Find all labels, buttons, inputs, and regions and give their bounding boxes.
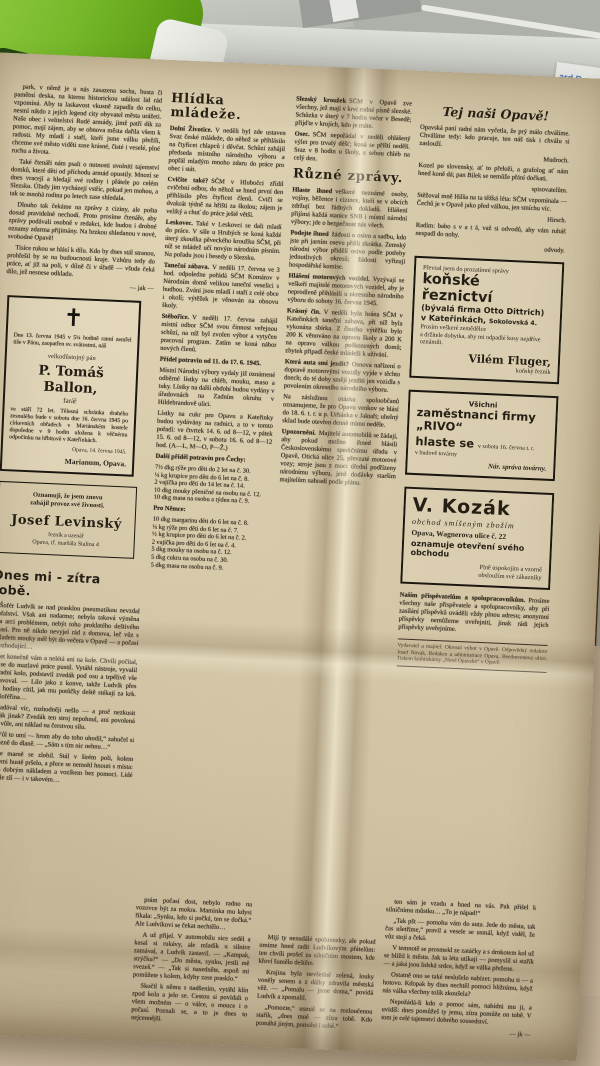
kozak-promise-line: obsloužím své zákazníky <box>478 571 542 581</box>
humor-item: Opavská paní radní nám vyčetla, že prý m… <box>419 124 570 155</box>
ration-list-heading-text: Další příděl potravin pro Čechy: <box>155 453 245 464</box>
youth-item: Slezský kroužekSČM v Opavě zve všechny, … <box>295 95 412 132</box>
article-paragraph: park, v němž je u nás zasazena socha, bu… <box>12 83 163 161</box>
column-gap <box>386 670 546 905</box>
item-lead: Osec. <box>295 130 310 138</box>
youth-item: Leskovec.Také v Leskovci se dali mladí d… <box>164 219 282 264</box>
item-lead: Krásný čin. <box>287 307 321 315</box>
obituary-date: Opava, 14. června 1945. <box>9 444 127 455</box>
obituary-notice: ✝ Dne 13. června 1945 v 5¼ hodině ranní … <box>0 295 141 477</box>
humor-column-title: Tej naši Opavě! <box>421 103 572 125</box>
ad-rivo-notice: Všichni zaměstnanci firmy „RIVO“ hlaste … <box>405 390 559 481</box>
story-paragraph: „Tak pšt — pomohu vám do auta. Jede do m… <box>385 917 536 948</box>
story-paragraph: Nepožádá-li kdo o pomoc sám, nabídni mu … <box>381 998 532 1029</box>
youth-item: Dolní Životice.V neděli byl zde ustaven … <box>168 125 286 178</box>
cross-icon: ✝ <box>14 304 133 333</box>
rivo-call: hlaste se <box>415 434 474 451</box>
column-right: Tej naši Opavě! Opavská paní radní nám v… <box>380 101 571 1043</box>
article-paragraph: Také čtenáři nám psali o nutnosti uvolni… <box>10 158 160 204</box>
newspaper-page: park, v němž je u nás zasazena socha, bu… <box>0 52 600 1061</box>
photo-scene: ard B park, v němž je u nás zasazena soc… <box>0 0 600 1066</box>
ration-list-heading-text: Pro Němce: <box>153 505 186 513</box>
youth-item: Osec.SČM nepořádal v neděli ohlášený výl… <box>293 130 410 167</box>
story-paragraph: Ostatně ono se také neslušelo nabízet: p… <box>382 971 533 1002</box>
column-gap <box>136 569 266 902</box>
youth-item: Cvičíte také?SČM v Hlubočci zřídil cviče… <box>166 176 284 221</box>
article-paragraph: Dlouho tak čekáme na zprávy z ciziny, al… <box>8 201 158 247</box>
story-paragraph: Jet konečně vám a nelétá ani na kole. Ch… <box>0 653 138 707</box>
item-body: V neděli byl zde ustaven Svaz české mlád… <box>168 127 286 173</box>
rivo-signature: Nár. správa továrny. <box>414 459 546 473</box>
news-note: Na záslužnou otázku spoluobčanů oznamuje… <box>282 393 399 430</box>
newspaper-columns: park, v němž je u nás zasazena socha, bu… <box>0 52 600 1045</box>
rivo-date: v sobotu 16. června t. r. <box>478 444 535 452</box>
item-body: SČM v Hlubočci zřídil cvičební odbor, do… <box>166 178 284 219</box>
contributors-body: Prosíme všechny naše přispěvatele a spol… <box>398 597 550 633</box>
youth-item: Stěbořice.V neděli 17. června zahájil mí… <box>160 313 278 358</box>
news-item: Krásný čin.V neděli byla hrána SČM v Kat… <box>285 307 403 360</box>
article-paragraph: Tisíce rukou se hlásí k dílu. Kdo by dne… <box>6 244 155 282</box>
story-paragraph: prám počasí dost, nebylo radno na vozovc… <box>135 896 252 933</box>
ration-heading-text: Přídel potravin od 11. do 17. 6. 1945. <box>160 356 262 367</box>
item-body: SČM nepořádal v neděli ohlášený výlet pr… <box>294 131 411 162</box>
news-item: Podejte ihnedžádosti o osivo a sadbu, kd… <box>289 229 407 274</box>
obituary-signature: Marianum, Opava. <box>8 454 126 468</box>
business-announcement: Oznamuji, že jsem znovu zahájil provoz s… <box>0 481 137 559</box>
kozak-announce: oznamuje otevření svého obchodu <box>410 539 543 563</box>
gray-object <box>298 0 422 28</box>
item-lead: Stěbořice. <box>161 313 189 321</box>
item-lead: Upozornění. <box>282 428 316 436</box>
column-gap <box>260 487 395 939</box>
news-item: Hlaste ihnedveškeré neznámé osoby, vojín… <box>291 186 409 231</box>
section-title-news: Různé zprávy. <box>293 167 410 186</box>
story-paragraph: Mijí ty nenadálé spoluvozky, ale pokud u… <box>258 934 375 971</box>
ad-street: Sokolovská 4. <box>489 318 537 327</box>
story-paragraph: Krajina byla nevšedně zelená, louky voně… <box>257 969 374 1006</box>
story-paragraph: V temnotě se prosmekl ze zatáčky a s drn… <box>383 944 534 975</box>
news-item: Která auta smí jezdit?Osnova nařízení o … <box>284 358 401 395</box>
youth-item: Taneční zábava.V neděli 17. června ve 3 … <box>162 262 280 315</box>
item-lead: Leskovec. <box>166 219 194 227</box>
business-owner-name: Josef Levinský <box>4 512 129 532</box>
story-paragraph: „Pomozte,“ usmál se na rozloučenou staří… <box>256 1004 373 1033</box>
story-paragraph: „Vůl to umí — hrom aby do toho uhodil,“ … <box>0 731 134 753</box>
item-body: veškeré neznámé osoby, vojíny, běžence i… <box>291 188 409 229</box>
news-item: Hlášení motorových vozidel.Vyzývají se v… <box>287 272 404 309</box>
imprint-block: Vydavatel a majitel: Okresní výbor v Opa… <box>397 638 548 672</box>
contributors-note: Naším přispěvatelům a spolupracovníkům.P… <box>398 591 550 638</box>
deceased-name: P. Tomáš Ballon, <box>11 361 130 398</box>
item-body: Majitelé automobilů se žádají, aby pokud… <box>279 430 397 487</box>
story-paragraph: Ale marně se zlobil. Stál v širém poli, … <box>0 750 133 788</box>
story-paragraph: A už přijel. V automobilu sice seděl a k… <box>133 931 251 984</box>
story-paragraph: Nadával víc, rozhodněji nešlo — a proč n… <box>0 704 135 734</box>
item-body: žádosti o osivo a sadbu, kdo jste při ja… <box>289 231 407 271</box>
ad-kozak-shop: V. Kozák obchod smíšeným zbožím Opava, W… <box>400 487 554 590</box>
ration-paragraph: Místní Národní výbory vydaly již oznámen… <box>158 367 276 412</box>
news-item: Upozornění.Majitelé automobilů se žádají… <box>279 428 397 489</box>
item-body: V neděli 17. června ve 3 hod. odpoledne … <box>162 264 280 310</box>
feuilleton-title: Dnes mi - zítra tobě. <box>0 567 141 603</box>
kozak-promise: Plně uspokojím a vzorněobsloužím své zák… <box>410 561 543 582</box>
story-paragraph: Šofér Ludvík se nad prasklou pneumatikou… <box>0 602 140 656</box>
story-paragraph: Skočil k němu s nadšením, vytáhl klín zp… <box>131 982 249 1027</box>
obituary-body: ve stáří 72 let. Tělesná schránka drahéh… <box>9 406 128 446</box>
item-body: V neděli byla hrána SČM v Kateřinkách ta… <box>285 309 403 359</box>
ration-paragraph: Lístky na cukr pro Opavu a Kateřinky bud… <box>156 410 274 455</box>
section-title-youth: Hlídka mládeže. <box>170 92 287 125</box>
ad-horse-butcher: Převzal jsem do prozatímní správy koňské… <box>409 256 564 384</box>
obituary-intro: Dne 13. června 1945 v 5¼ hodině ranní ze… <box>13 332 131 351</box>
